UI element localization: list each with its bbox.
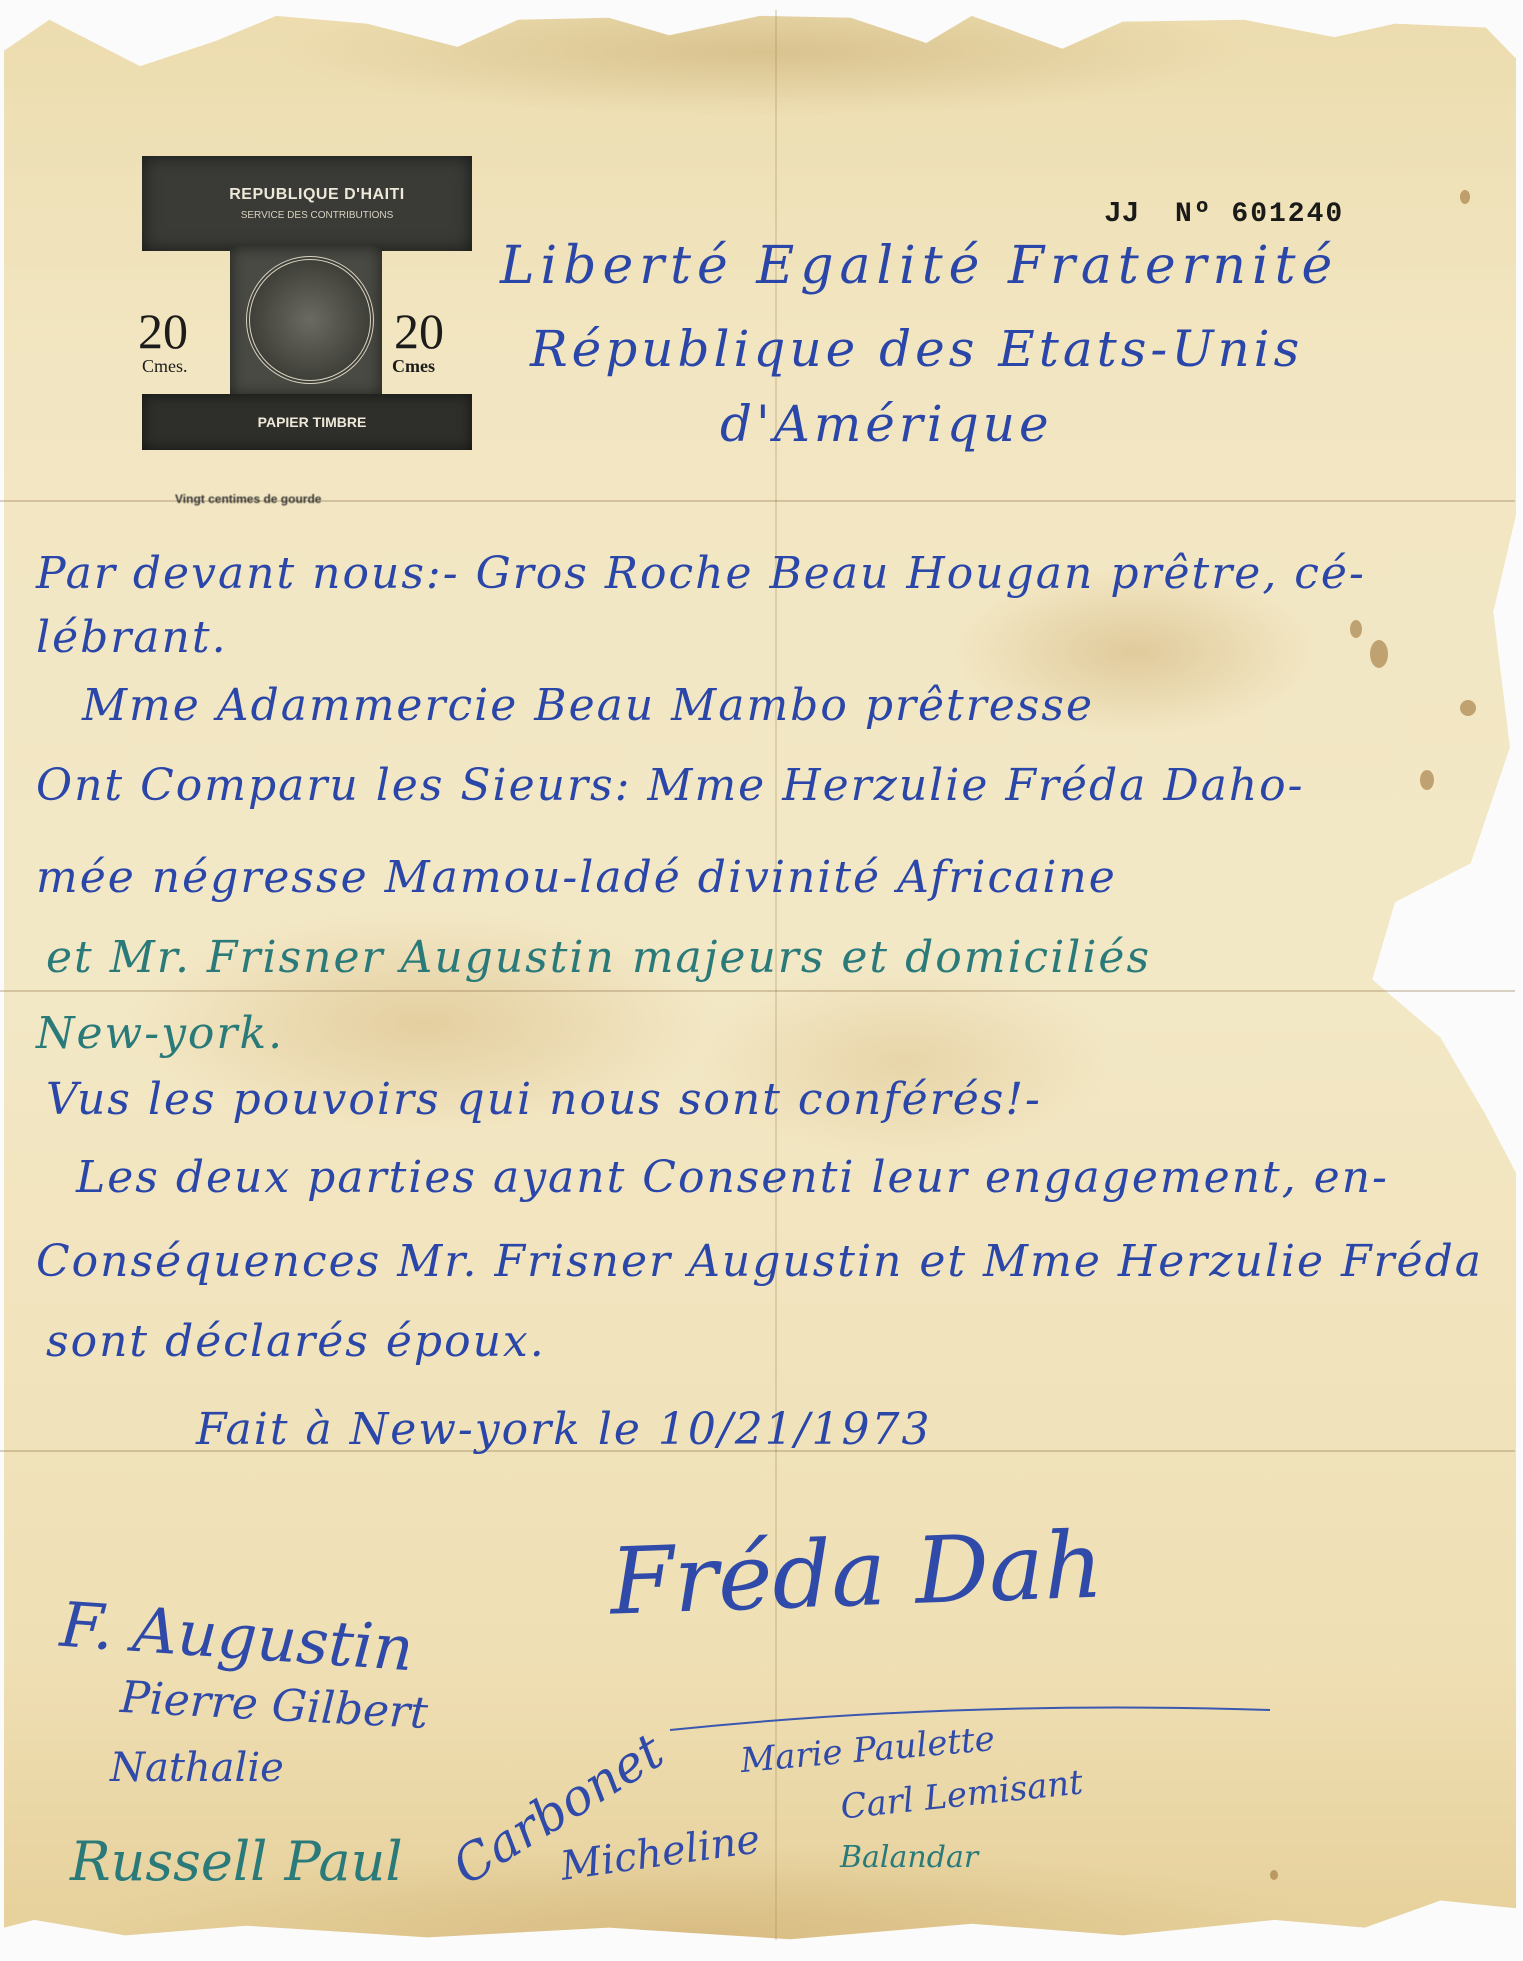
body-line: mée négresse Mamou-ladé divinité Africai… [36,852,1117,903]
serial-number-label: Nº [1175,199,1213,230]
heading-motto: Liberté Egalité Fraternité [500,236,1338,296]
stamp-service: SERVICE DES CONTRIBUTIONS [202,210,432,221]
revenue-stamp: REPUBLIQUE D'HAITI SERVICE DES CONTRIBUT… [142,156,472,476]
body-line: et Mr. Frisner Augustin majeurs et domic… [46,932,1151,983]
serial-number: JJ Nº 601240 [1105,196,1344,230]
stamp-unit-left: Cmes. [142,356,188,377]
body-line: lébrant. [36,612,228,663]
coat-of-arms-icon [246,256,374,384]
serial-prefix: JJ [1105,196,1140,227]
stamp-unit-right: Cmes [392,356,435,377]
signature: Fréda Dah [608,1511,1105,1635]
stain [1370,640,1388,668]
body-line: Vus les pouvoirs qui nous sont conférés!… [46,1074,1042,1125]
body-line: Ont Comparu les Sieurs: Mme Herzulie Fré… [36,760,1305,811]
body-line: Par devant nous:- Gros Roche Beau Hougan… [36,548,1366,599]
signature: Nathalie [110,1745,284,1791]
stain [1460,190,1470,204]
stamp-bottom-label: PAPIER TIMBRE [222,414,402,430]
stamp-caption: Vingt centimes de gourde [175,492,321,506]
stamp-issuer: REPUBLIQUE D'HAITI [182,186,452,204]
stain [1350,620,1362,638]
heading-republic: République des Etats-Unis [530,320,1303,378]
serial-number-value: 601240 [1231,199,1344,230]
heading-america: d'Amérique [720,395,1053,453]
fold-line-horizontal [0,990,1515,992]
body-line: Mme Adammercie Beau Mambo prêtresse [82,680,1094,731]
body-line: Les deux parties ayant Consenti leur eng… [76,1152,1389,1203]
stamp-value-left: 20 [138,306,188,356]
signature: Russell Paul [70,1830,403,1893]
stain [1460,700,1476,716]
body-line-date: Fait à New-york le 10/21/1973 [196,1404,932,1455]
signature: Balandar [840,1840,978,1875]
body-line: Conséquences Mr. Frisner Augustin et Mme… [36,1236,1483,1287]
body-line: New-york. [36,1008,284,1059]
stamp-value-right: 20 [394,306,444,356]
body-line: sont déclarés époux. [46,1316,546,1367]
stain [1270,1870,1278,1880]
stain [1420,770,1434,790]
signature-underline [660,1690,1280,1750]
